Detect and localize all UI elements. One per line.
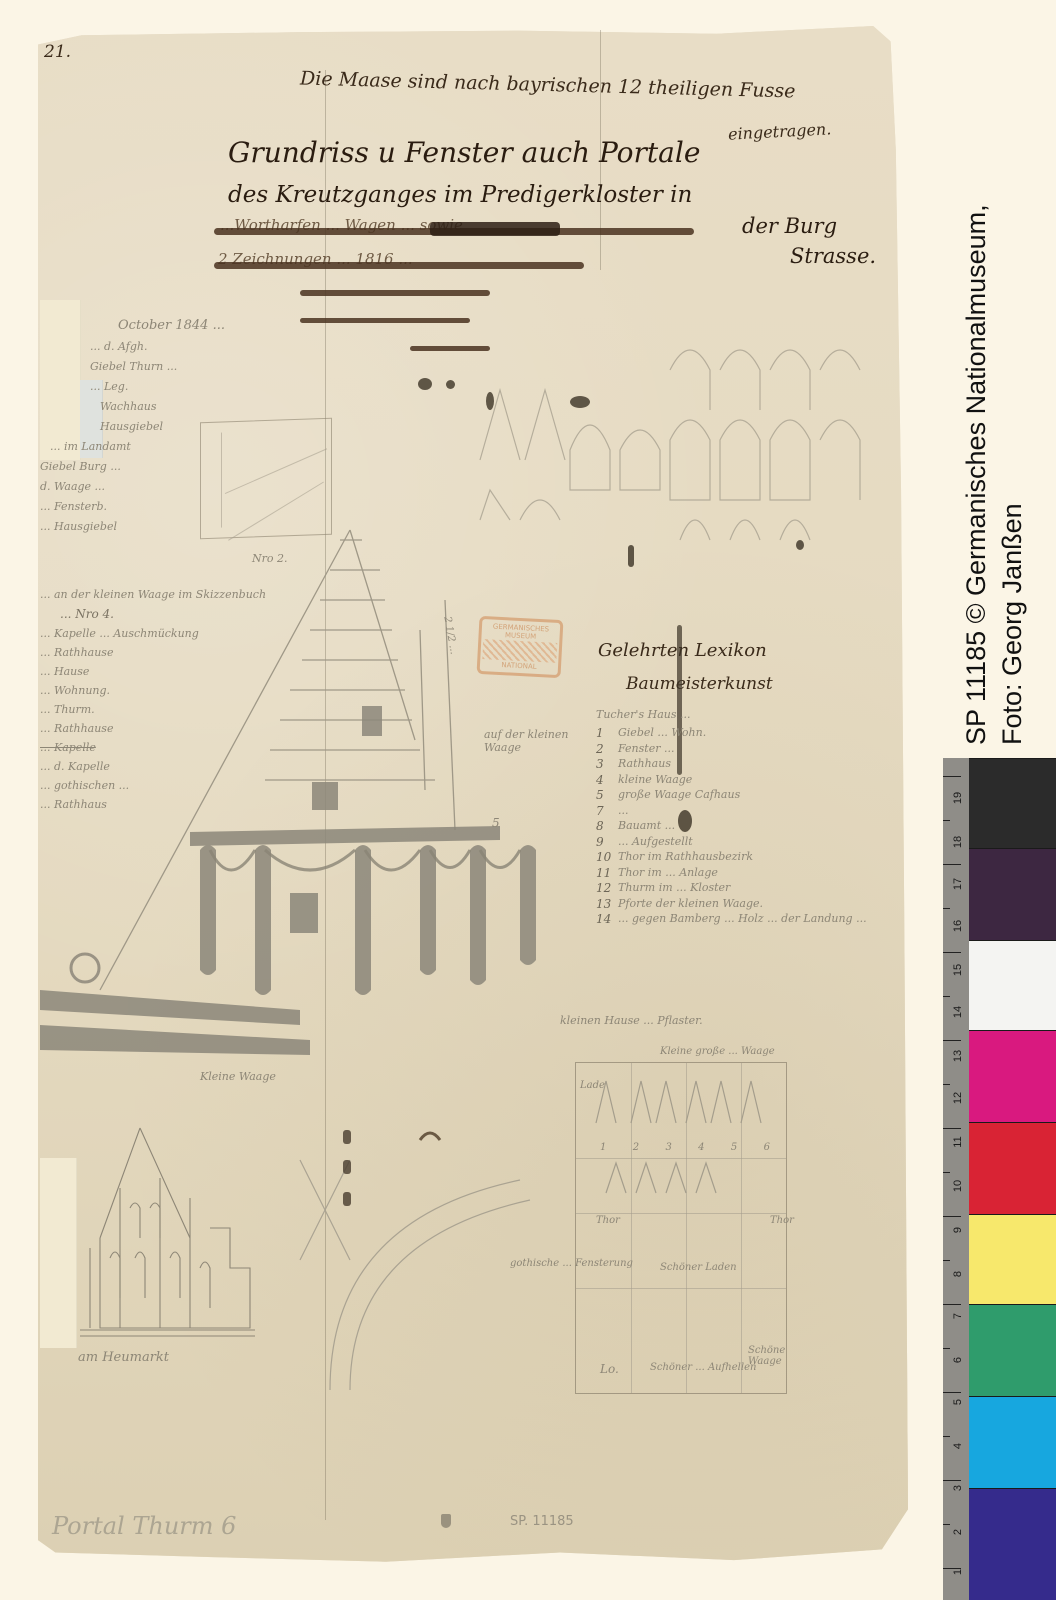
plan-label-thor-left: Thor: [596, 1215, 620, 1226]
label-heumarkt: am Heumarkt: [78, 1350, 169, 1365]
sheet-number: 21.: [44, 42, 71, 62]
plan-label-thor-right: Thor: [770, 1215, 794, 1226]
color-patch-red: [969, 1122, 1056, 1215]
list-item: 3Rathhaus: [596, 757, 906, 773]
list-title-line1: Gelehrten Lexikon: [598, 640, 767, 661]
stamp-eagle-icon: [482, 639, 557, 663]
pencil-notes-left-top: ... d. Afgh. Giebel Thurn ... ... Leg. W…: [40, 340, 220, 540]
list-item: 7...: [596, 804, 906, 820]
list-item: 14... gegen Bamberg ... Holz ... der Lan…: [596, 912, 906, 932]
color-patch-blue-violet: [969, 1488, 1056, 1600]
church-facade-drawing: [80, 1118, 260, 1338]
title-line1: Grundriss u Fenster auch Portale: [228, 136, 700, 169]
scale-ruler: 19 18 17 16 15 14 13 12 11 10 9 8 7 6 5 …: [943, 758, 969, 1600]
ink-blot: [418, 378, 432, 390]
plan-label-lade: Lade: [580, 1080, 605, 1091]
title-line2: des Kreutzganges im Predigerkloster in: [228, 182, 692, 208]
list-title-line2: Baumeisterkunst: [626, 674, 773, 694]
list-item: 2Fenster ...: [596, 742, 906, 758]
color-patch-magenta: [969, 1030, 1056, 1123]
list-item: 4kleine Waage: [596, 773, 906, 789]
list-item: 5große Waage Cafhaus: [596, 788, 906, 804]
label-kleine-waage-note: auf der kleinen Waage: [484, 728, 574, 754]
coat-of-arms-icon: [441, 1514, 451, 1528]
photo-credit-caption: SP 11185 © Germanisches Nationalmuseum, …: [958, 204, 1030, 745]
inventory-number: SP. 11185: [510, 1514, 574, 1529]
tower-facade-drawing: [40, 520, 580, 1060]
label-kleine-waage: Kleine Waage: [200, 1070, 276, 1083]
ink-blot: [446, 380, 455, 389]
footer-pencil-note: Portal Thurm 6: [52, 1512, 236, 1540]
ink-blot-strike: [430, 222, 560, 236]
list-item: 8Bauamt ...: [596, 819, 906, 835]
mounting-tab: [40, 1158, 77, 1348]
caption-line2: Foto: Georg Janßen: [994, 204, 1030, 745]
plan-label-bottom-left: Lo.: [600, 1362, 619, 1376]
plan-label-top: Kleine große ... Waage: [660, 1046, 775, 1057]
label-five: 5: [492, 816, 500, 830]
plan-bay-numbers: 1 2 3 4 5 6: [600, 1142, 770, 1153]
list-item: 9... Aufgestellt: [596, 835, 906, 851]
list-intro: Tucher's Haus ...: [596, 708, 690, 721]
list-item: 1Giebel ... Wohn.: [596, 726, 906, 742]
strikethrough-mark: [214, 262, 584, 269]
list-footer: kleinen Hause ... Pflaster.: [560, 1014, 703, 1027]
color-patch-yellow: [969, 1214, 1056, 1305]
plan-label-bottom-right: Schöne Waage: [748, 1345, 788, 1367]
list-item: [596, 932, 906, 982]
museum-stamp: GERMANISCHES MUSEUM NATIONAL: [477, 616, 564, 678]
list-item: 10Thor im Rathhausbezirk: [596, 850, 906, 866]
strikethrough-mark: [300, 318, 470, 323]
title-line3-right: Strasse.: [790, 244, 876, 268]
list-item: 11Thor im ... Anlage: [596, 866, 906, 882]
color-patch-cyan: [969, 1396, 1056, 1489]
arch-doorway-sketch: [290, 1100, 550, 1400]
list-item: 13Pforte der kleinen Waage.: [596, 897, 906, 913]
color-patch-purple: [969, 848, 1056, 941]
numbered-list: 1Giebel ... Wohn. 2Fenster ... 3Rathhaus…: [596, 726, 906, 982]
color-patch-white: [969, 940, 1056, 1031]
caption-line1: SP 11185 © Germanisches Nationalmuseum,: [958, 204, 994, 745]
color-patch-black: [969, 758, 1056, 849]
list-item: 12Thurm im ... Kloster: [596, 881, 906, 897]
strikethrough-mark: [300, 290, 490, 296]
title-line2-right: der Burg: [742, 214, 837, 238]
pencil-date-note: October 1844 ...: [118, 318, 225, 333]
plan-label-bottom-center: Schöner ... Aufhellen: [650, 1362, 756, 1373]
plan-label-mid-center: Schöner Laden: [660, 1262, 737, 1273]
color-patch-green: [969, 1304, 1056, 1397]
